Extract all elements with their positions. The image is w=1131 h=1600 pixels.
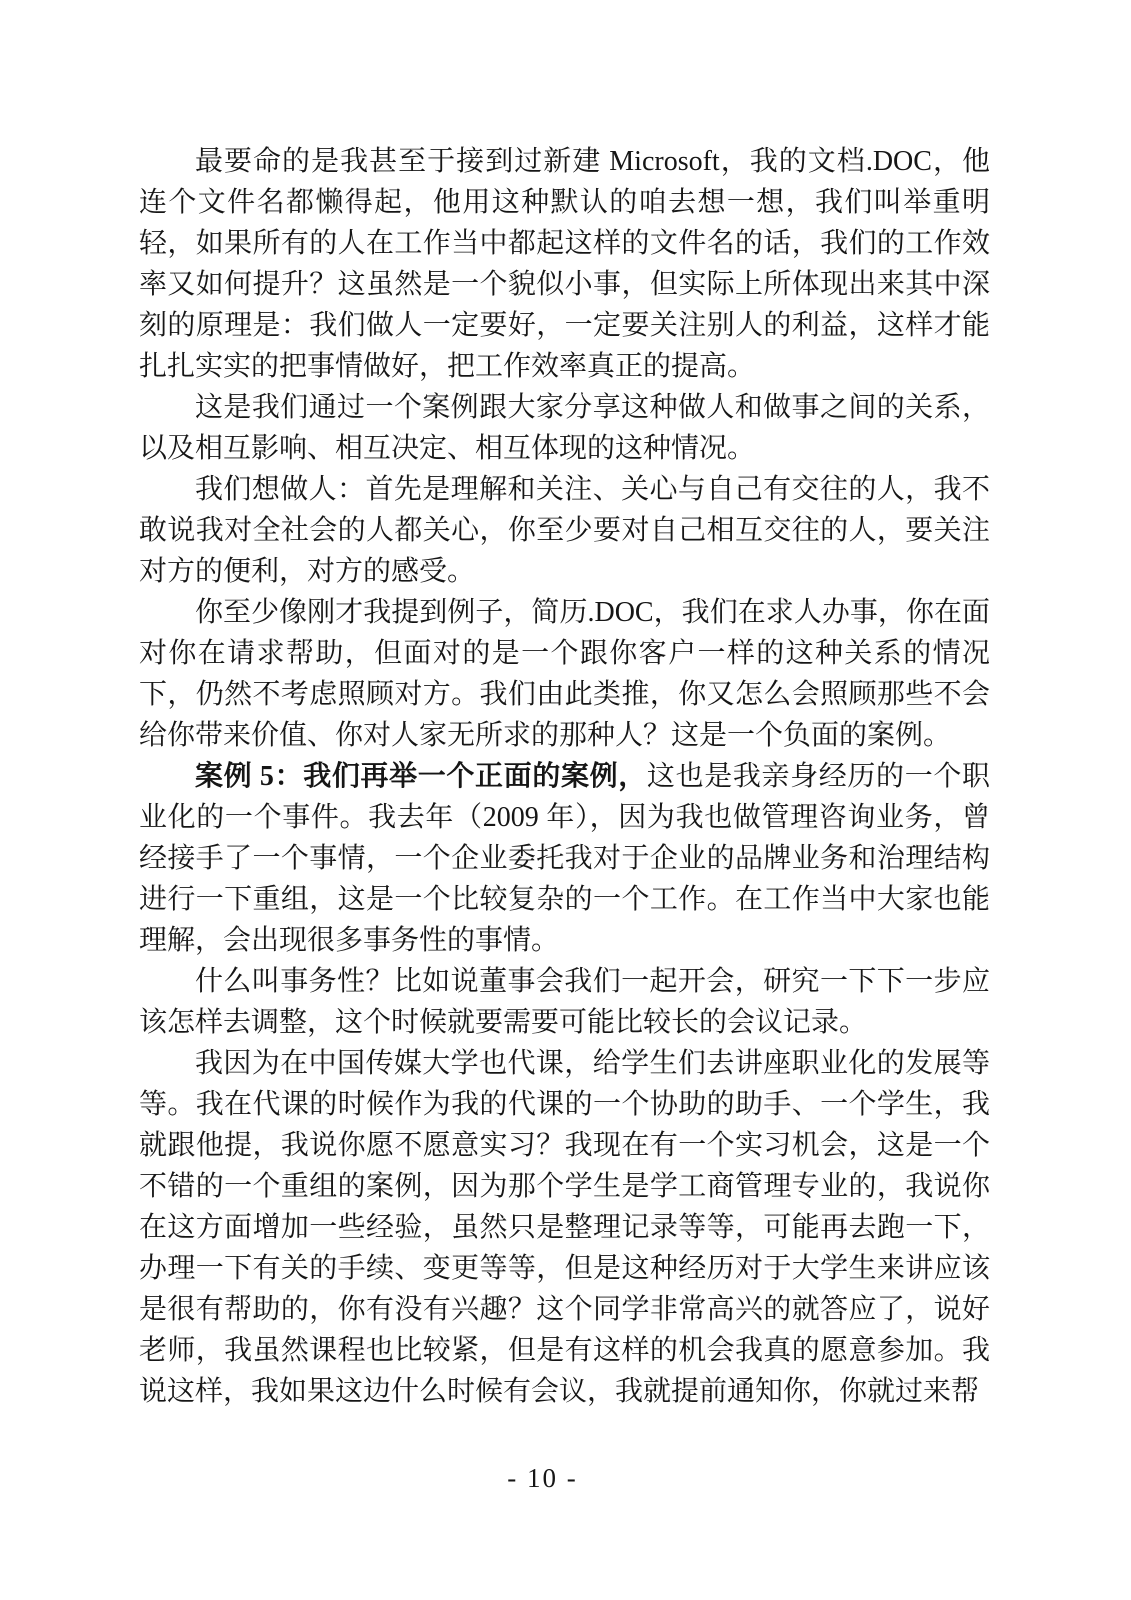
paragraph: 我因为在中国传媒大学也代课，给学生们去讲座职业化的发展等等。我在代课的时候作为我… <box>139 1043 990 1412</box>
page-number: - 10 - <box>0 1461 1085 1495</box>
document-body: 最要命的是我甚至于接到过新建 Microsoft，我的文档.DOC，他连个文件名… <box>139 141 990 1412</box>
paragraph: 最要命的是我甚至于接到过新建 Microsoft，我的文档.DOC，他连个文件名… <box>139 141 990 387</box>
text-run: 什么叫事务性？比如说董事会我们一起开会，研究一下下一步应该怎样去调整，这个时候就… <box>139 966 990 1038</box>
text-run: 我因为在中国传媒大学也代课，给学生们去讲座职业化的发展等等。我在代课的时候作为我… <box>139 1048 990 1407</box>
text-run: 这是我们通过一个案例跟大家分享这种做人和做事之间的关系，以及相互影响、相互决定、… <box>139 392 990 464</box>
bold-text-run: 案例 5：我们再举一个正面的案例， <box>195 761 647 792</box>
document-page: 最要命的是我甚至于接到过新建 Microsoft，我的文档.DOC，他连个文件名… <box>0 0 1131 1600</box>
paragraph: 这是我们通过一个案例跟大家分享这种做人和做事之间的关系，以及相互影响、相互决定、… <box>139 387 990 469</box>
text-run: 你至少像刚才我提到例子，简历.DOC，我们在求人办事，你在面对你在请求帮助，但面… <box>139 597 990 751</box>
text-run: 我们想做人：首先是理解和关注、关心与自己有交往的人，我不敢说我对全社会的人都关心… <box>139 474 990 587</box>
paragraph: 什么叫事务性？比如说董事会我们一起开会，研究一下下一步应该怎样去调整，这个时候就… <box>139 961 990 1043</box>
paragraph: 你至少像刚才我提到例子，简历.DOC，我们在求人办事，你在面对你在请求帮助，但面… <box>139 592 990 756</box>
paragraph: 案例 5：我们再举一个正面的案例，这也是我亲身经历的一个职业化的一个事件。我去年… <box>139 756 990 961</box>
text-run: 最要命的是我甚至于接到过新建 Microsoft，我的文档.DOC，他连个文件名… <box>139 146 990 382</box>
paragraph: 我们想做人：首先是理解和关注、关心与自己有交往的人，我不敢说我对全社会的人都关心… <box>139 469 990 592</box>
